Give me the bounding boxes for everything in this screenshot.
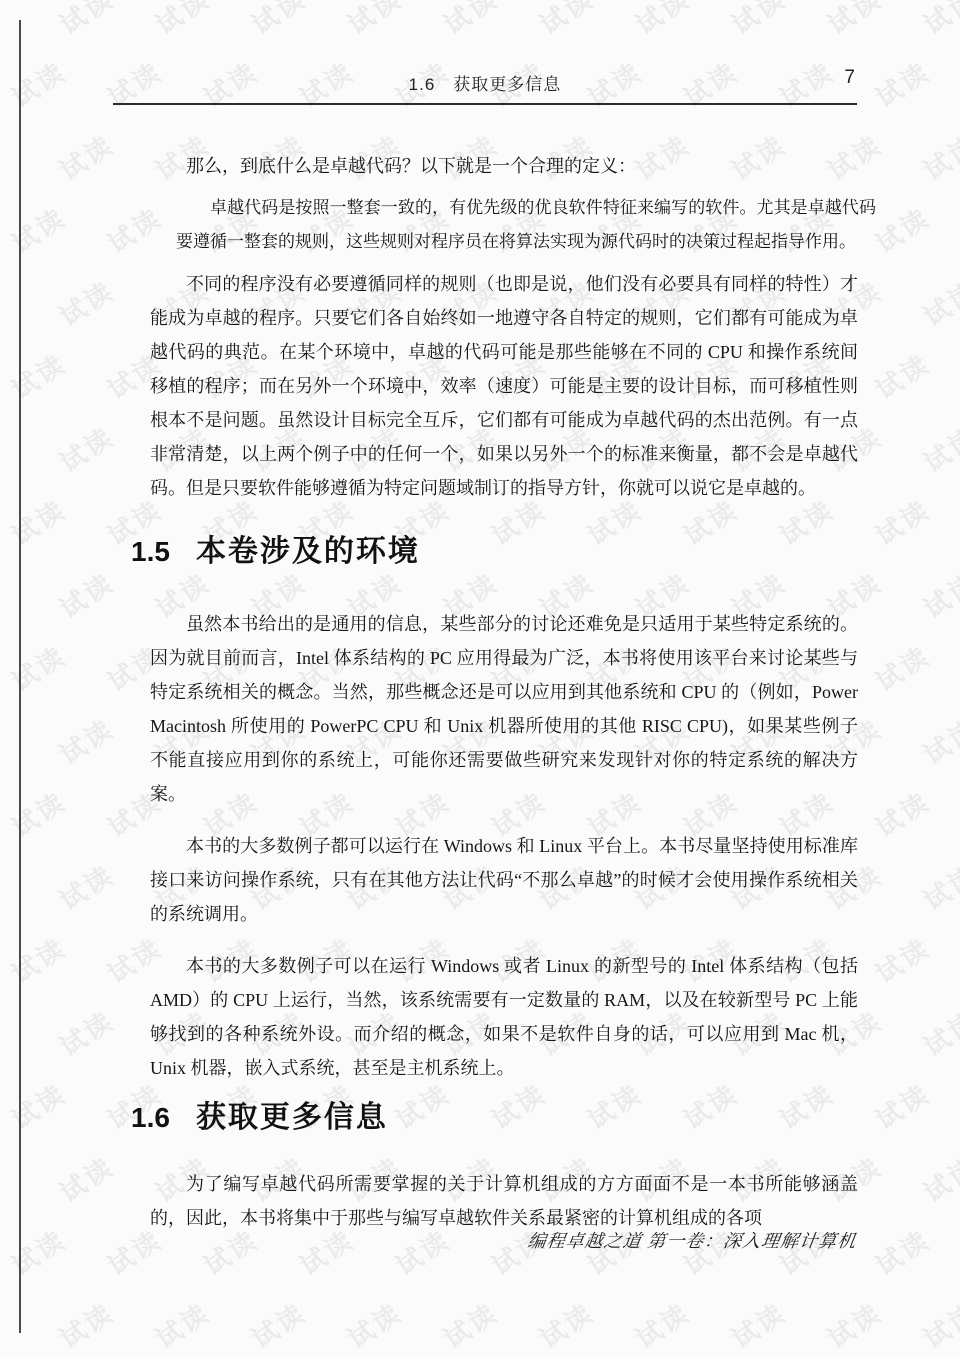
paragraph-environment-general: 虽然本书给出的是通用的信息，某些部分的讨论还难免是只适用于某些特定系统的。因为就…	[150, 607, 858, 811]
section-1-6-number: 1.6	[131, 1101, 170, 1135]
section-1-5-title: 本卷涉及的环境	[196, 535, 420, 569]
running-header-title: 1.6 获取更多信息	[409, 70, 562, 95]
section-heading-1-6: 1.6 获取更多信息	[131, 1101, 858, 1135]
paragraph-rules-discussion: 不同的程序没有必要遵循同样的规则（也即是说，他们没有必要具有同样的特性）才能成为…	[150, 267, 858, 505]
footer-book-title: 编程卓越之道 第一卷：深入理解计算机	[526, 1227, 858, 1253]
running-header: 1.6 获取更多信息 7	[113, 70, 857, 96]
section-1-6-title: 获取更多信息	[196, 1101, 388, 1135]
section-heading-1-5: 1.5 本卷涉及的环境	[131, 535, 858, 569]
page-number: 7	[844, 67, 855, 89]
paragraph-windows-linux: 本书的大多数例子都可以运行在 Windows 和 Linux 平台上。本书尽量坚…	[150, 829, 858, 931]
scanned-page: 试读试读试读试读试读试读试读试读试读试读试读试读试读试读试读试读试读试读试读试读…	[0, 0, 960, 1357]
page-content: 1.6 获取更多信息 7 那么，到底什么是卓越代码？以下就是一个合理的定义： 卓…	[0, 0, 960, 1357]
section-1-5-number: 1.5	[131, 535, 170, 569]
paragraph-definition-quote: 卓越代码是按照一整套一致的，有优先级的优良软件特征来编写的软件。尤其是卓越代码要…	[176, 191, 876, 259]
body-text: 那么，到底什么是卓越代码？以下就是一个合理的定义： 卓越代码是按照一整套一致的，…	[150, 105, 858, 1235]
paragraph-definition-intro: 那么，到底什么是卓越代码？以下就是一个合理的定义：	[150, 149, 858, 183]
paragraph-more-info: 为了编写卓越代码所需要掌握的关于计算机组成的方方面面不是一本书所能够涵盖的，因此…	[150, 1167, 858, 1235]
scan-edge-line	[19, 20, 21, 1333]
paragraph-hardware-requirements: 本书的大多数例子可以在运行 Windows 或者 Linux 的新型号的 Int…	[150, 949, 858, 1085]
